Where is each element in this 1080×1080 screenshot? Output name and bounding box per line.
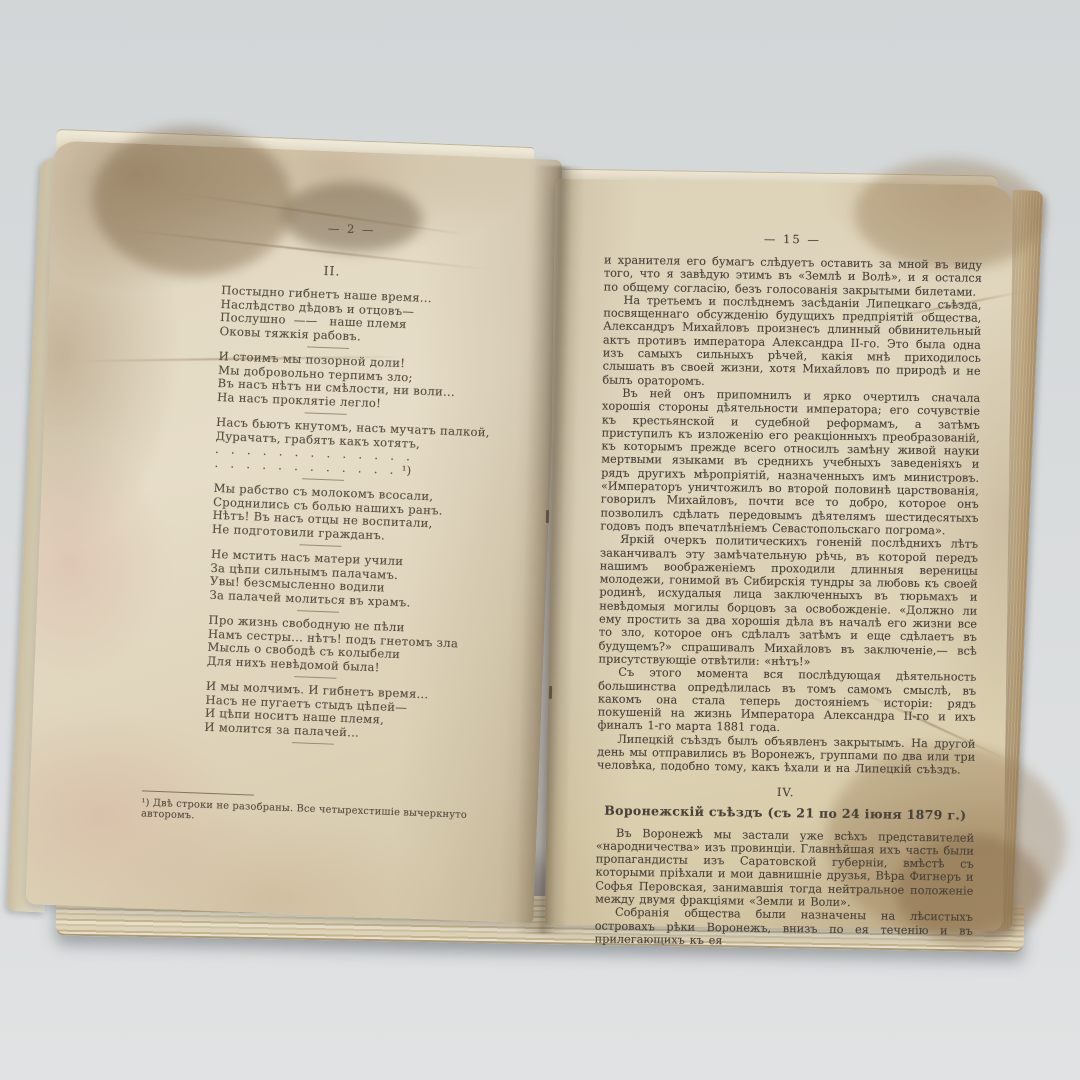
stanza-divider	[299, 544, 341, 547]
poem-stanza: Про жизнь свободную не пѣли Намъ сестры.…	[207, 614, 489, 679]
right-page: — 15 — и хранителя его бумагъ слѣдуетъ о…	[545, 179, 1013, 931]
prose-paragraph: Собранія общества были назначены на лѣси…	[595, 906, 974, 951]
poem-stanza: И мы молчимъ. И гибнетъ время... Насъ не…	[204, 680, 486, 745]
stanza-divider	[305, 412, 347, 415]
binding-stitch	[546, 510, 549, 523]
poem-column: II. Постыдно гибнетъ наше время... Наслѣ…	[204, 259, 502, 756]
photo-of-open-book: — 2 — II. Постыдно гибнетъ наше время...…	[0, 0, 1080, 1080]
stanza-divider	[307, 346, 349, 349]
prose-paragraph: Въ Воронежѣ мы застали уже всѣхъ предста…	[595, 826, 974, 911]
page-number: — 15 —	[604, 230, 980, 249]
stanza-divider	[292, 742, 334, 745]
binding-stitch	[549, 686, 552, 699]
prose-column: и хранителя его бумагъ слѣдуетъ оставить…	[595, 254, 983, 951]
left-page: — 2 — II. Постыдно гибнетъ наше время...…	[26, 141, 563, 924]
poem-stanza: Насъ бьютъ кнутомъ, насъ мучатъ палкой, …	[214, 416, 496, 481]
poem-stanza: Не мстить насъ матери учили За цѣпи силь…	[209, 548, 491, 613]
prose-paragraph: Въ ней онъ припомнилъ и ярко очертилъ сн…	[600, 386, 980, 538]
prose-paragraph: На третьемъ и послѣднемъ засѣданіи Липец…	[602, 293, 981, 391]
footnote-rule	[142, 790, 254, 795]
poem-stanza: Постыдно гибнетъ наше время... Наслѣдств…	[219, 284, 501, 349]
prose-paragraph: Яркій очеркъ политическихъ гоненій послѣ…	[598, 533, 978, 671]
stanza-divider	[302, 478, 344, 481]
footnote: ¹) Двѣ строки не разобраны. Все четырехс…	[141, 797, 482, 832]
page-number: — 2 —	[202, 216, 502, 242]
poem-stanza: И стоимъ мы позорной доли! Мы добровольн…	[217, 350, 499, 415]
section-number: IV.	[597, 782, 975, 801]
prose-paragraph: и хранителя его бумагъ слѣдуетъ оставить…	[604, 254, 983, 299]
stain	[281, 179, 424, 254]
prose-paragraph: Липецкій съѣздъ былъ объявленъ закрытымъ…	[597, 732, 976, 777]
prose-paragraph: Съ этого момента вся послѣдующая дѣятель…	[598, 666, 977, 738]
poem-stanza: Мы рабство съ молокомъ всосали, Сроднили…	[212, 482, 494, 547]
stanza-divider	[294, 676, 336, 679]
section-title: Воронежскій съѣздъ (съ 21 по 24 іюня 187…	[596, 802, 974, 822]
stanza-divider	[297, 610, 339, 613]
poem-section-heading: II.	[222, 259, 442, 282]
